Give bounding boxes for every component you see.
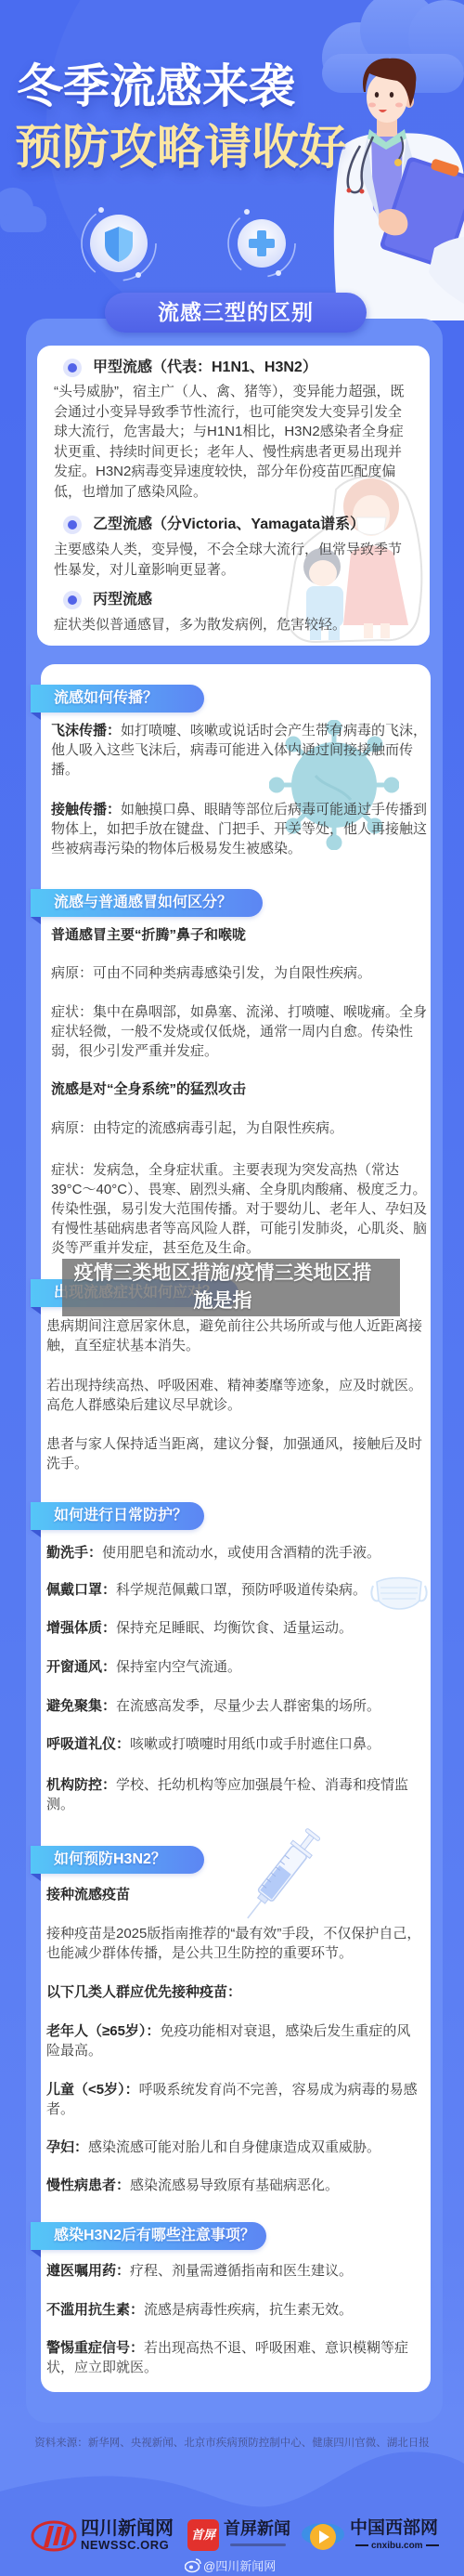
item-label: 病原： [51, 965, 93, 981]
newssc-logo-icon [30, 2518, 78, 2554]
syringe-icon [243, 1826, 327, 1919]
ribbon-fold [31, 713, 41, 720]
item-text: 集中在鼻咽部，如鼻塞、流涕、打喷嚏、喉咙痛。全身症状轻微，一般不发烧或仅低烧，通… [51, 1004, 427, 1059]
priority-group-children: 儿童（<5岁）：呼吸系统发育尚不完善，容易成为病毒的易感者。 [46, 2080, 423, 2119]
item-text: 感染流感易导致原有基础病恶化。 [130, 2177, 339, 2193]
item-label: 避免聚集： [46, 1698, 116, 1714]
priority-group-pregnant: 孕妇：感染流感可能对胎儿和自身健康造成双重威胁。 [46, 2138, 423, 2157]
shouping-logo-name: 首屏新闻 [224, 2519, 290, 2538]
item-text: 可由不同种类病毒感染引发，为自限性疾病。 [93, 965, 371, 981]
info-item-droplet-transmission: 飞沫传播：如打喷嚏、咳嗽或说话时会产生带有病毒的飞沫，他人吸入这些飞沫后，病毒可… [51, 721, 428, 779]
item-text: 发病急，全身症状重。主要表现为突发高热（常达39°C～40°C）、畏寒、剧烈头痛… [51, 1162, 427, 1256]
flu-types-title: 流感三型的区别 [105, 293, 367, 333]
ribbon-fold [31, 1530, 41, 1537]
info-item-flu-pathogen: 病原：由特定的流感病毒引起，为自限性疾病。 [51, 1118, 428, 1138]
priority-group-chronic: 慢性病患者：感染流感易导致原有基础病恶化。 [46, 2176, 423, 2195]
item-label: 呼吸道礼仪： [46, 1736, 130, 1752]
tip-ventilation: 开窗通风：保持室内空气流通。 [46, 1657, 423, 1677]
item-label: 佩戴口罩： [46, 1582, 116, 1598]
item-label: 症状： [51, 1004, 93, 1020]
tip-boost-immunity: 增强体质：保持充足睡眠、均衡饮食、适量运动。 [46, 1618, 423, 1638]
section-header-daily-protection: 如何进行日常防护？ [31, 1502, 204, 1530]
item-text: 使用肥皂和流动水，或使用含酒精的洗手液。 [102, 1545, 380, 1561]
item-label: 机构防控： [46, 1777, 116, 1793]
cnxibu-logo-name: 中国西部网 [350, 2518, 438, 2539]
section-header-transmission: 流感如何传播？ [31, 685, 204, 713]
flu-type-a-desc: “头号威胁”，宿主广（人、禽、猪等），变异能力超强，既会通过小变异导致季节性流行… [54, 382, 408, 503]
section-title: 如何进行日常防护？ [54, 1502, 187, 1530]
item-label: 孕妇： [46, 2139, 88, 2155]
newssc-logo-name: 四川新闻网 [81, 2518, 174, 2539]
note-severe-signals: 警惕重症信号：若出现高热不退、呼吸困难、意识模糊等症状，应立即就医。 [46, 2338, 423, 2377]
item-text: 保持室内空气流通。 [116, 1659, 241, 1675]
item-label: 勤洗手： [46, 1545, 102, 1561]
subheading-influenza: 流感是对“全身系统”的猛烈攻击 [51, 1079, 246, 1099]
type-bullet-inner [68, 595, 77, 605]
infographic-page: 冬季流感来袭 预防攻略请收好 流感三型的区别 甲型流感（代表：H1N1、H3N2… [0, 0, 464, 2576]
item-label: 开窗通风： [46, 1659, 116, 1675]
type-bullet-icon [63, 591, 82, 609]
item-label: 警惕重症信号： [46, 2340, 144, 2356]
subheading-priority-groups: 以下几类人群应优先接种疫苗： [46, 1982, 241, 2002]
section-header-prevent-h3n2: 如何预防H3N2？ [31, 1846, 204, 1874]
shouping-tagline-mark [230, 2543, 286, 2546]
weibo-icon [185, 2557, 201, 2573]
cnxibu-logo-domain: cnxibu.com [353, 2541, 438, 2552]
doctor-illustration [325, 51, 464, 320]
info-item-flu-symptoms: 症状：发病急，全身症状重。主要表现为突发高热（常达39°C～40°C）、畏寒、剧… [51, 1160, 428, 1258]
item-text: 疗程、剂量需遵循指南和医生建议。 [130, 2263, 353, 2279]
item-label: 飞沫传播： [51, 723, 121, 739]
shouping-logo-icon: 首屏 [187, 2519, 219, 2551]
cnxibu-domain-text: cnxibu.com [371, 2541, 423, 2551]
cloud-left [0, 188, 46, 232]
item-text: 科学规范佩戴口罩，预防呼吸道传染病。 [116, 1582, 367, 1598]
item-label: 儿童（<5岁）： [46, 2082, 139, 2098]
type-bullet-inner [68, 363, 77, 373]
hero-title-line1: 冬季流感来袭 [17, 63, 295, 110]
type-bullet-icon [63, 516, 82, 534]
info-item-cold-symptoms: 症状：集中在鼻咽部，如鼻塞、流涕、打喷嚏、喉咙痛。全身症状轻微，一般不发烧或仅低… [51, 1002, 428, 1061]
section-title: 感染H3N2后有哪些注意事项？ [54, 2222, 255, 2250]
tip-avoid-crowds: 避免聚集：在流感高发季，尽量少去人群密集的场所。 [46, 1696, 423, 1716]
section-title: 如何预防H3N2？ [54, 1846, 166, 1874]
section-title: 流感与普通感冒如何区分？ [54, 889, 232, 917]
subheading-vaccination: 接种流感疫苗 [46, 1885, 130, 1904]
section-header-flu-vs-cold: 流感与普通感冒如何区分？ [31, 889, 263, 917]
info-paragraph: 患病期间注意居家休息，避免前往公共场所或与他人近距离接触，直至症状基本消失。 [46, 1316, 423, 1355]
dash-decoration [426, 2544, 439, 2546]
ribbon-fold [31, 917, 41, 924]
ribbon-fold [31, 1874, 41, 1881]
item-label: 病原： [51, 1120, 93, 1136]
ribbon-fold [31, 2250, 41, 2257]
item-text: 流感是病毒性疾病，抗生素无效。 [144, 2302, 353, 2318]
info-item-contact-transmission: 接触传播：如触摸口鼻、眼睛等部位后病毒可能通过手传播到物体上，如把手放在键盘、门… [51, 800, 428, 858]
item-text: 咳嗽或打喷嚏时用纸巾或手肘遮住口鼻。 [130, 1736, 380, 1752]
ribbon-fold [31, 1307, 41, 1314]
flu-type-b-name: 乙型流感（分Victoria、Yamagata谱系） [93, 516, 365, 534]
overlay-caption: 疫情三类地区措施/疫情三类地区措施是指 [62, 1259, 400, 1316]
weibo-handle: @四川新闻网 [203, 2558, 276, 2574]
dash-decoration [355, 2544, 368, 2546]
item-label: 慢性病患者： [46, 2177, 130, 2193]
note-follow-doctor: 遵医嘱用药：疗程、剂量需遵循指南和医生建议。 [46, 2261, 423, 2281]
item-text: 由特定的流感病毒引起，为自限性疾病。 [93, 1120, 343, 1136]
info-paragraph: 接种疫苗是2025版指南推荐的“最有效”手段，不仅保护自己，也能减少群体传播，是… [46, 1924, 423, 1963]
item-label: 症状： [51, 1162, 93, 1178]
cnxibu-logo-icon [301, 2518, 345, 2554]
info-paragraph: 患者与家人保持适当距离，建议分餐，加强通风，接触后及时洗手。 [46, 1434, 423, 1473]
type-bullet-inner [68, 520, 77, 530]
newssc-logo-domain: NEWSSC.ORG [81, 2539, 169, 2552]
subheading-common-cold: 普通感冒主要“折腾”鼻子和喉咙 [51, 925, 246, 945]
info-item-cold-pathogen: 病原：可由不同种类病毒感染引发，为自限性疾病。 [51, 963, 428, 983]
tip-institution-control: 机构防控：学校、托幼机构等应加强晨午检、消毒和疫情监测。 [46, 1775, 423, 1814]
flu-type-c-name: 丙型流感 [93, 591, 152, 609]
tip-wear-mask: 佩戴口罩：科学规范佩戴口罩，预防呼吸道传染病。 [46, 1580, 423, 1600]
tip-respiratory-etiquette: 呼吸道礼仪：咳嗽或打喷嚏时用纸巾或手肘遮住口鼻。 [46, 1734, 423, 1754]
section-header-after-infection: 感染H3N2后有哪些注意事项？ [31, 2222, 266, 2250]
item-label: 增强体质： [46, 1620, 116, 1636]
item-label: 不滥用抗生素： [46, 2302, 144, 2318]
item-label: 遵医嘱用药： [46, 2263, 130, 2279]
item-label: 老年人（≥65岁）： [46, 2023, 160, 2039]
priority-group-elderly: 老年人（≥65岁）：免疫功能相对衰退，感染后发生重症的风险最高。 [46, 2021, 423, 2060]
item-text: 在流感高发季，尽量少去人群密集的场所。 [116, 1698, 380, 1714]
section-title: 流感如何传播？ [54, 685, 158, 713]
flu-type-a-name: 甲型流感（代表：H1N1、H3N2） [93, 359, 317, 377]
hero-title-line2: 预防攻略请收好 [15, 124, 346, 171]
type-bullet-icon [63, 359, 82, 377]
item-label: 接触传播： [51, 802, 121, 817]
info-paragraph: 若出现持续高热、呼吸困难、精神萎靡等迹象，应及时就医。高危人群感染后建议尽早就诊… [46, 1376, 423, 1415]
note-no-antibiotics: 不滥用抗生素：流感是病毒性疾病，抗生素无效。 [46, 2300, 423, 2320]
item-text: 感染流感可能对胎儿和自身健康造成双重威胁。 [88, 2139, 380, 2155]
flu-type-b-desc: 主要感染人类，变异慢，不会全球大流行，但常导致季节性暴发，对儿童影响更显著。 [54, 540, 408, 580]
tip-hand-washing: 勤洗手：使用肥皂和流动水，或使用含酒精的洗手液。 [46, 1543, 423, 1563]
flu-type-c-desc: 症状类似普通感冒，多为散发病例，危害较轻。 [54, 615, 408, 635]
item-text: 保持充足睡眠、均衡饮食、适量运动。 [116, 1620, 353, 1636]
